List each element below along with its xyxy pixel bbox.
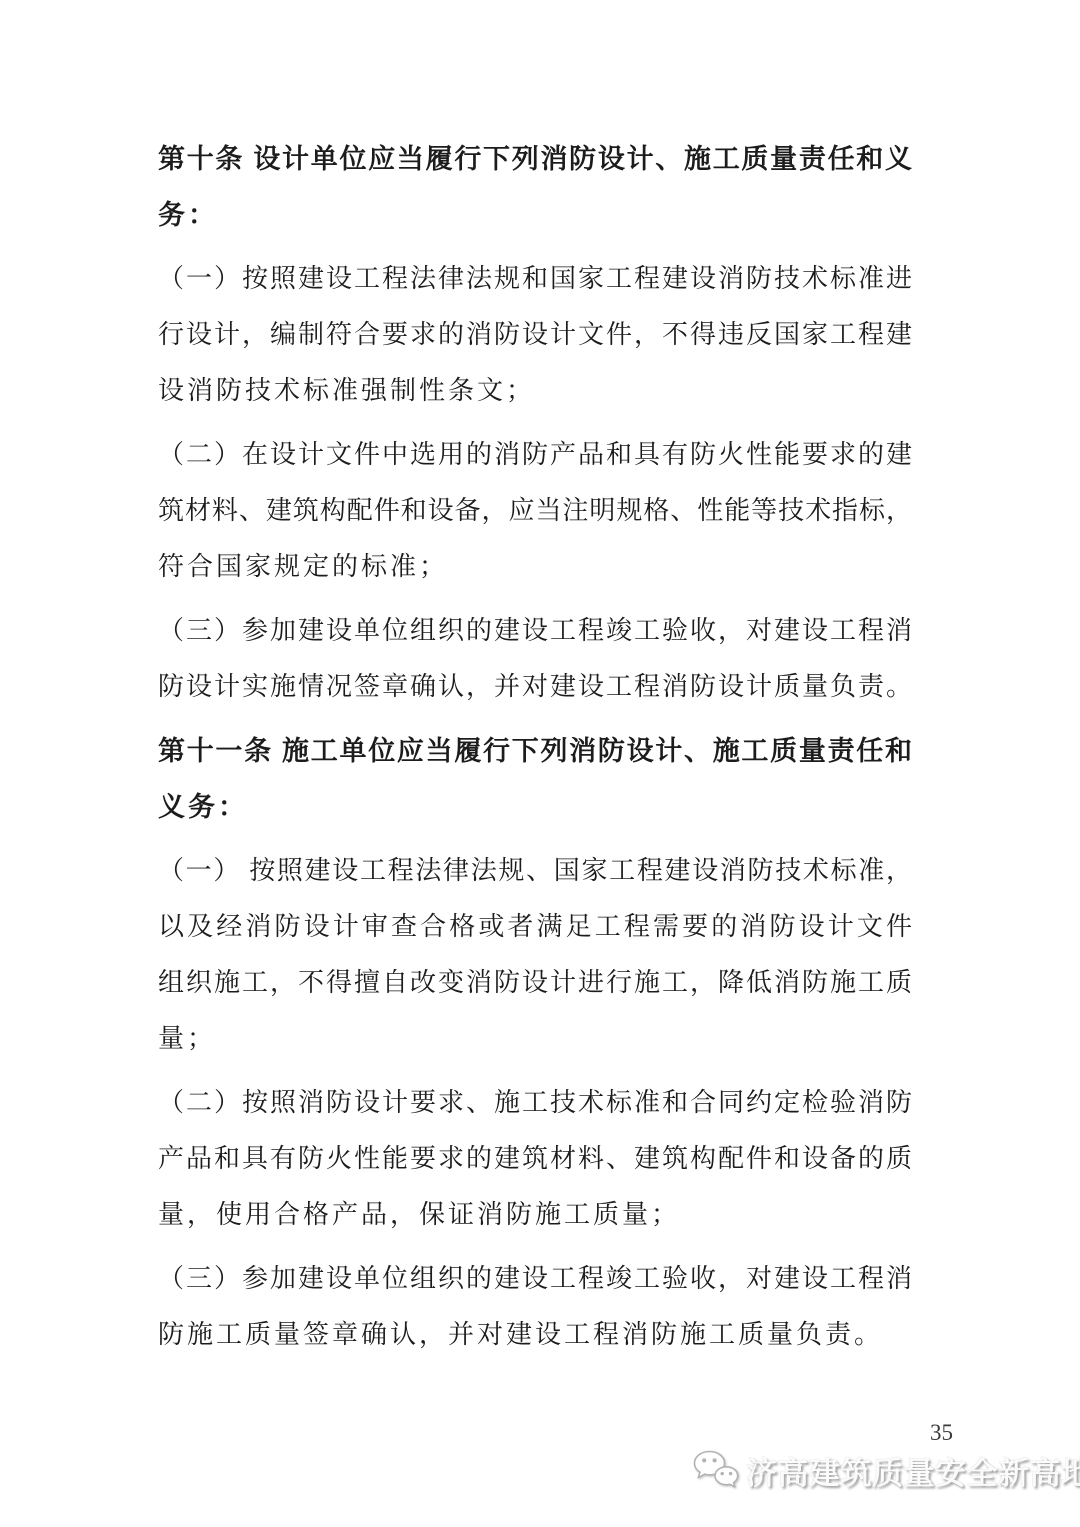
body-paragraph: （二）在设计文件中选用的消防产品和具有防火性能要求的建筑材料、建筑构配件和设备，…	[158, 427, 912, 595]
text-line: 设消防技术标准强制性条文；	[158, 363, 912, 419]
text-line: 行设计，编制符合要求的消防设计文件，不得违反国家工程建	[158, 307, 912, 363]
text-line: 量；	[158, 1011, 912, 1067]
watermark: 济高建筑质量安全新高地	[692, 1448, 1080, 1493]
watermark-text: 济高建筑质量安全新高地	[746, 1448, 1080, 1493]
text-line: （二）在设计文件中选用的消防产品和具有防火性能要求的建	[158, 427, 912, 483]
body-paragraph: （三）参加建设单位组织的建设工程竣工验收，对建设工程消防施工质量签章确认，并对建…	[158, 1251, 912, 1363]
body-paragraph: （二）按照消防设计要求、施工技术标准和合同约定检验消防产品和具有防火性能要求的建…	[158, 1075, 912, 1243]
text-line: 防施工质量签章确认，并对建设工程消防施工质量负责。	[158, 1307, 912, 1363]
heading-paragraph: 第十条 设计单位应当履行下列消防设计、施工质量责任和义务：	[158, 131, 912, 243]
text-line: 以及经消防设计审查合格或者满足工程需要的消防设计文件	[158, 899, 912, 955]
body-paragraph: （一） 按照建设工程法律法规、国家工程建设消防技术标准，以及经消防设计审查合格或…	[158, 843, 912, 1067]
text-line: 组织施工，不得擅自改变消防设计进行施工，降低消防施工质	[158, 955, 912, 1011]
document-body: 第十条 设计单位应当履行下列消防设计、施工质量责任和义务：（一）按照建设工程法律…	[158, 131, 912, 1371]
text-line: 第十一条 施工单位应当履行下列消防设计、施工质量责任和	[158, 723, 912, 779]
text-line: 符合国家规定的标准；	[158, 539, 912, 595]
text-line: （三）参加建设单位组织的建设工程竣工验收，对建设工程消	[158, 603, 912, 659]
body-paragraph: （一）按照建设工程法律法规和国家工程建设消防技术标准进行设计，编制符合要求的消防…	[158, 251, 912, 419]
text-line: 防设计实施情况签章确认，并对建设工程消防设计质量负责。	[158, 659, 912, 715]
heading-paragraph: 第十一条 施工单位应当履行下列消防设计、施工质量责任和义务：	[158, 723, 912, 835]
text-line: 产品和具有防火性能要求的建筑材料、建筑构配件和设备的质	[158, 1131, 912, 1187]
text-line: 筑材料、建筑构配件和设备，应当注明规格、性能等技术指标，	[158, 483, 912, 539]
text-line: （一） 按照建设工程法律法规、国家工程建设消防技术标准，	[158, 843, 912, 899]
document-page: { "page": { "background": "#ffffff", "te…	[0, 0, 1080, 1527]
text-line: 务：	[158, 187, 912, 243]
wechat-icon	[692, 1449, 739, 1492]
page-number: 35	[930, 1418, 990, 1448]
text-line: 量，使用合格产品，保证消防施工质量；	[158, 1187, 912, 1243]
text-line: （二）按照消防设计要求、施工技术标准和合同约定检验消防	[158, 1075, 912, 1131]
text-line: （一）按照建设工程法律法规和国家工程建设消防技术标准进	[158, 251, 912, 307]
text-line: （三）参加建设单位组织的建设工程竣工验收，对建设工程消	[158, 1251, 912, 1307]
text-line: 义务：	[158, 779, 912, 835]
body-paragraph: （三）参加建设单位组织的建设工程竣工验收，对建设工程消防设计实施情况签章确认，并…	[158, 603, 912, 715]
text-line: 第十条 设计单位应当履行下列消防设计、施工质量责任和义	[158, 131, 912, 187]
